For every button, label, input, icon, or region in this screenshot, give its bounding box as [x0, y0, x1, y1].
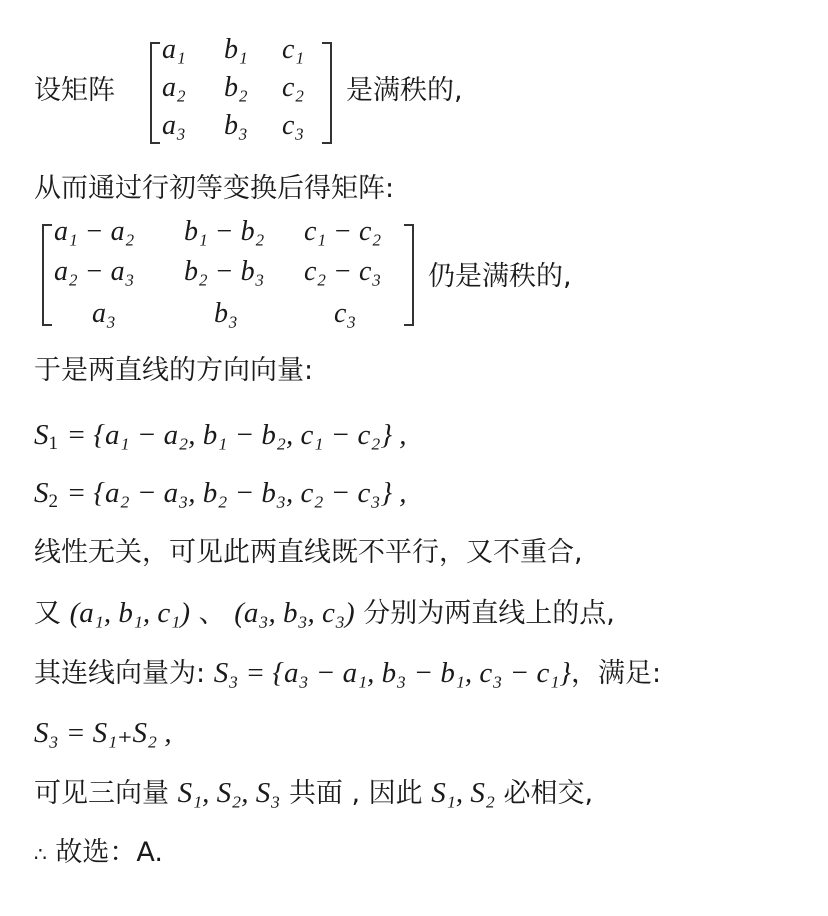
- matrix-cell: b₃: [224, 110, 248, 142]
- point-1: (a₁, b₁, c₁): [70, 597, 190, 629]
- text-linear-independence: 线性无关，可见此两直线既不平行，又不重合,: [34, 536, 583, 570]
- s2-rhs: = {a₂ − a₃, b₂ − b₃, c₂ − c₃} ,: [67, 477, 407, 509]
- text-intro: 设矩阵: [34, 75, 115, 106]
- text: 可见三向量: [34, 778, 169, 809]
- math-vectors: S₁, S₂, S₃: [178, 777, 281, 809]
- matrix-cell: b₁: [224, 34, 248, 66]
- math-vectors: S₁, S₂: [431, 777, 495, 809]
- matrix-cell: a₁ − a₂: [54, 216, 134, 248]
- matrix-cell: a₃: [162, 110, 186, 142]
- equation-s3: S₃ = {a₃ − a₁, b₃ − b₁, c₃ − c₁}: [214, 657, 571, 689]
- matrix-cell: c₃: [334, 298, 356, 330]
- matrix-cell: b₂: [224, 72, 248, 104]
- matrix-cell: a₂ − a₃: [54, 256, 134, 288]
- text-line-2: 从而通过行初等变换后得矩阵:: [34, 172, 394, 206]
- text: 又: [34, 598, 61, 629]
- matrix-cell: b₁ − b₂: [184, 216, 264, 248]
- left-bracket: [42, 224, 52, 326]
- matrix-cell: c₂ − c₃: [304, 256, 381, 288]
- text-connecting-vector: 其连线向量为: S₃ = {a₃ − a₁, b₃ − b₁, c₃ − c₁}…: [34, 656, 661, 691]
- s2-lhs: S2: [34, 477, 58, 509]
- matrix-cell: c₁ − c₂: [304, 216, 381, 248]
- text-still-full-rank: 仍是满秩的,: [428, 260, 572, 294]
- matrix-cell: c₂: [282, 72, 304, 104]
- s1-rhs: = {a₁ − a₂, b₁ − b₂, c₁ − c₂} ,: [67, 419, 407, 451]
- equation-s1: S1 = {a₁ − a₂, b₁ − b₂, c₁ − c₂} ,: [34, 418, 407, 461]
- text-line-1: 设矩阵: [34, 74, 115, 108]
- separator: 、: [199, 598, 226, 629]
- text-answer: ∴ 故选：A.: [34, 836, 163, 871]
- text: 其连线向量为:: [34, 658, 205, 689]
- matrix-cell: c₃: [282, 110, 304, 142]
- right-bracket: [322, 42, 332, 144]
- matrix-cell: a₃: [92, 298, 116, 330]
- therefore-icon: ∴: [34, 842, 47, 866]
- equation-s3-sum: S₃ = S₁₊S₂ ,: [34, 716, 172, 751]
- text-coplanar: 可见三向量 S₁, S₂, S₃ 共面 , 因此 S₁, S₂ 必相交,: [34, 776, 593, 811]
- left-bracket: [150, 42, 160, 144]
- answer-text: 故选：A.: [55, 837, 163, 868]
- matrix-cell: b₃: [214, 298, 238, 330]
- matrix-transformed: a₁ − a₂ b₁ − b₂ c₁ − c₂ a₂ − a₃ b₂ − b₃ …: [42, 218, 422, 326]
- point-2: (a₃, b₃, c₃): [234, 597, 354, 629]
- text-direction-vectors: 于是两直线的方向向量:: [34, 354, 313, 388]
- text-points: 又 (a₁, b₁, c₁) 、 (a₃, b₃, c₃) 分别为两直线上的点,: [34, 596, 615, 631]
- text: 共面 , 因此: [289, 778, 423, 809]
- text-full-rank: 是满秩的,: [346, 74, 463, 108]
- matrix-cell: b₂ − b₃: [184, 256, 264, 288]
- matrix-cell: a₁: [162, 34, 186, 66]
- text: 分别为两直线上的点,: [363, 598, 615, 629]
- equation-s2: S2 = {a₂ − a₃, b₂ − b₃, c₂ − c₃} ,: [34, 476, 407, 519]
- s1-lhs: S1: [34, 419, 58, 451]
- equation: S₃ = S₁₊S₂ ,: [34, 717, 172, 749]
- text: 必相交,: [504, 778, 594, 809]
- right-bracket: [404, 224, 414, 326]
- matrix-original: a₁ b₁ c₁ a₂ b₂ c₂ a₃ b₃ c₃: [150, 38, 335, 146]
- text: ，满足:: [571, 658, 661, 689]
- matrix-cell: c₁: [282, 34, 304, 66]
- matrix-cell: a₂: [162, 72, 186, 104]
